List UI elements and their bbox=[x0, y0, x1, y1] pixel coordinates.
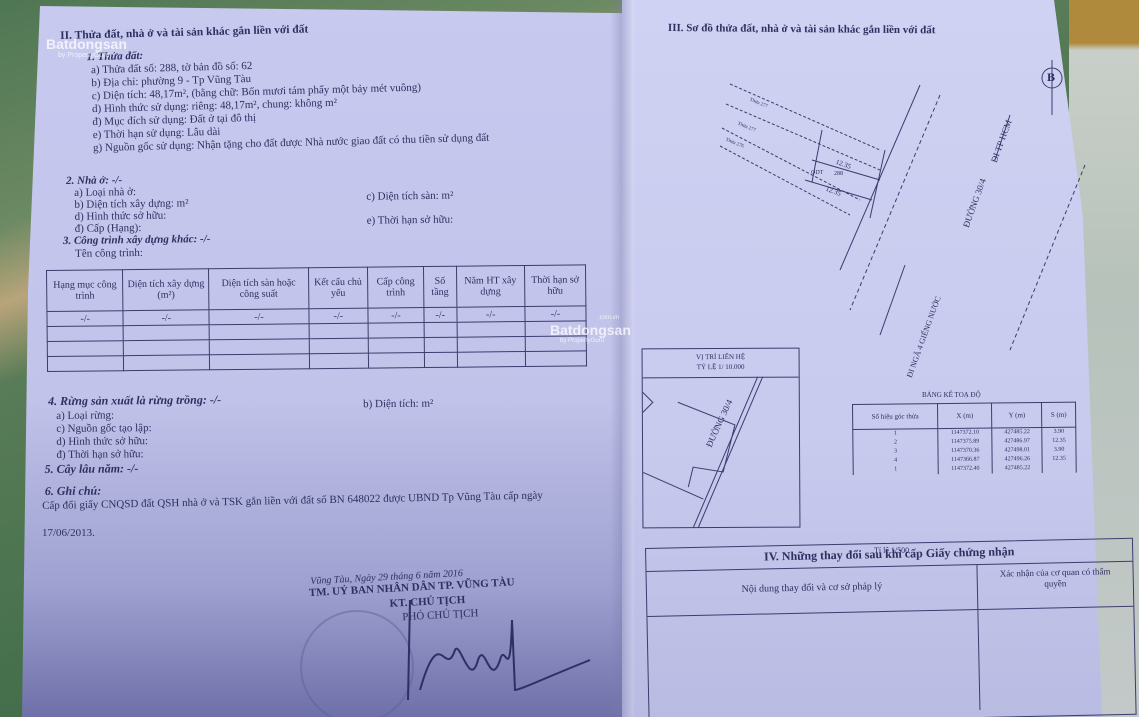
table-cell: 427485.22 bbox=[993, 464, 1043, 474]
location-map: VỊ TRÍ LIÊN HỆ TỶ LỆ 1/ 10.000 ĐƯỜNG 30/… bbox=[642, 348, 801, 529]
table-header-cell: X (m) bbox=[938, 403, 993, 429]
coord-table-title: BẢNG KÊ TOẠ ĐỘ bbox=[922, 389, 981, 402]
table-header-cell: S (m) bbox=[1042, 402, 1076, 427]
table-cell: 1147372.10 bbox=[938, 428, 992, 438]
table-header-cell: Số hiệu góc thửa bbox=[853, 404, 938, 430]
parcel-type: ODT bbox=[811, 167, 823, 180]
table-cell: 12.35 bbox=[1042, 437, 1076, 446]
coordinate-table: Số hiệu góc thửaX (m)Y (m)S (m)11147372.… bbox=[852, 402, 1077, 475]
location-map-scale: TỶ LỆ 1/ 10.000 bbox=[643, 362, 799, 373]
table-header-row: Số hiệu góc thửaX (m)Y (m)S (m) bbox=[853, 402, 1076, 429]
changes-col-confirm: Xác nhận của cơ quan có thẩm quyền bbox=[978, 566, 1133, 591]
table-cell: 1147372.40 bbox=[938, 465, 992, 475]
compass-north-label: B bbox=[1047, 71, 1055, 84]
parcel-number: 288 bbox=[834, 168, 843, 181]
table-cell: 427485.22 bbox=[992, 428, 1042, 438]
table-header-cell: Y (m) bbox=[992, 403, 1042, 429]
table-cell: 12.35 bbox=[1042, 455, 1076, 464]
table-cell bbox=[1042, 464, 1076, 473]
table-cell: 3.90 bbox=[1042, 446, 1076, 455]
changes-col-content: Nội dung thay đổi và cơ sở pháp lý bbox=[647, 565, 978, 612]
table-cell: 1 bbox=[853, 465, 938, 475]
changes-table: IV. Những thay đổi sau khi cấp Giấy chứn… bbox=[645, 538, 1137, 717]
table-cell: 3.90 bbox=[1042, 427, 1076, 437]
location-map-title: VỊ TRÍ LIÊN HỆ bbox=[643, 349, 799, 363]
